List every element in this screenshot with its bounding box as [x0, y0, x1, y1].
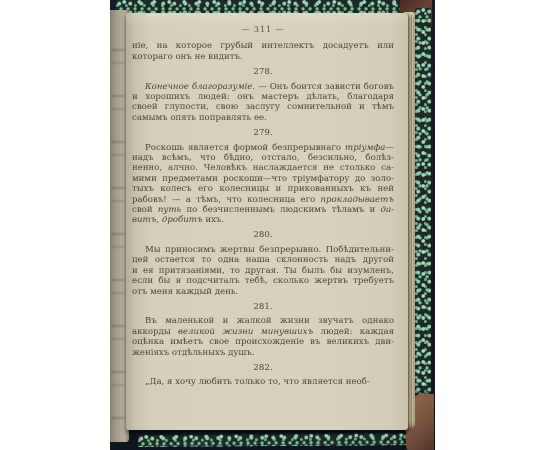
- text-line: „Да, я хочу любить только то, что являет…: [132, 377, 394, 387]
- section-number: 282.: [132, 363, 394, 373]
- text-line: аккорды великой жизни минувшихъ людей: к…: [132, 327, 394, 337]
- page-number-header: — 311 —: [132, 25, 394, 35]
- text-line: оцѣнка имѣетъ свое происхожденіе въ вели…: [132, 337, 394, 347]
- book-cover-bottom-edge: [138, 433, 430, 447]
- book-page: — 311 — ніе, на которое грубый интеллект…: [126, 13, 408, 430]
- text-line: и ея притязаніями, то другая. Ты былъ бы…: [132, 266, 394, 276]
- text-line: мими предметами роскоши—что тріумфатору …: [132, 174, 394, 184]
- text-line: если бы я подсчиталъ тебѣ, сколько жертв…: [132, 276, 394, 286]
- text-line: Мы приносимъ жертвы безпрерывно. Побѣдит…: [132, 245, 394, 255]
- section-number: 279.: [132, 128, 394, 138]
- text-line: котораго онъ не видитъ.: [132, 52, 394, 62]
- text-line: ніе, на которое грубый интеллектъ досаду…: [132, 41, 394, 51]
- text-line: отъ меня каждый день.: [132, 287, 394, 297]
- section-number: 281.: [132, 302, 394, 312]
- text-line: свой путь по безчисленнымъ людскимъ тѣла…: [132, 205, 394, 215]
- section-number: 280.: [132, 230, 394, 240]
- marbled-cover-right-edge: [415, 8, 431, 444]
- book-cover-top-edge: [116, 0, 429, 13]
- page-text: — 311 — ніе, на которое грубый интеллект…: [132, 25, 394, 388]
- text-line: своей глупости, свою заслугу сомнительно…: [132, 102, 394, 112]
- text-line: цей остается то одна наша склонность над…: [132, 255, 394, 265]
- text-line: самымъ опять поправлять ее.: [132, 113, 394, 123]
- text-line: Конечное благоразуміе. — Онъ боится зави…: [132, 82, 394, 92]
- left-page-blurred-text: [111, 40, 125, 420]
- book-photo: — 311 — ніе, на которое грубый интеллект…: [110, 0, 435, 450]
- text-line: и хорошихъ людей: онъ мастеръ дѣлать, бл…: [132, 92, 394, 102]
- text-line: женіяхъ отдѣльныхъ душъ.: [132, 348, 394, 358]
- text-line: надъ всѣмъ, что бѣдно, отстало, безсильн…: [132, 153, 394, 163]
- text-line: ненно, алчно. Человѣкъ наслаждается не с…: [132, 163, 394, 173]
- text-line: Роскошь является формой безпрерывнаго тр…: [132, 143, 394, 153]
- text-line: тыхъ колесъ его колесницы и прикованныхъ…: [132, 184, 394, 194]
- text-line: Въ маленькой и жалкой жизни звучатъ одна…: [132, 316, 394, 326]
- screenshot-root: { "photo": { "background_color": "#141b2…: [0, 0, 550, 450]
- text-line: рабовъ! — а тѣмъ, что колесница его прок…: [132, 195, 394, 205]
- section-number: 278.: [132, 67, 394, 77]
- text-line: витъ, дробитъ ихъ.: [132, 215, 394, 225]
